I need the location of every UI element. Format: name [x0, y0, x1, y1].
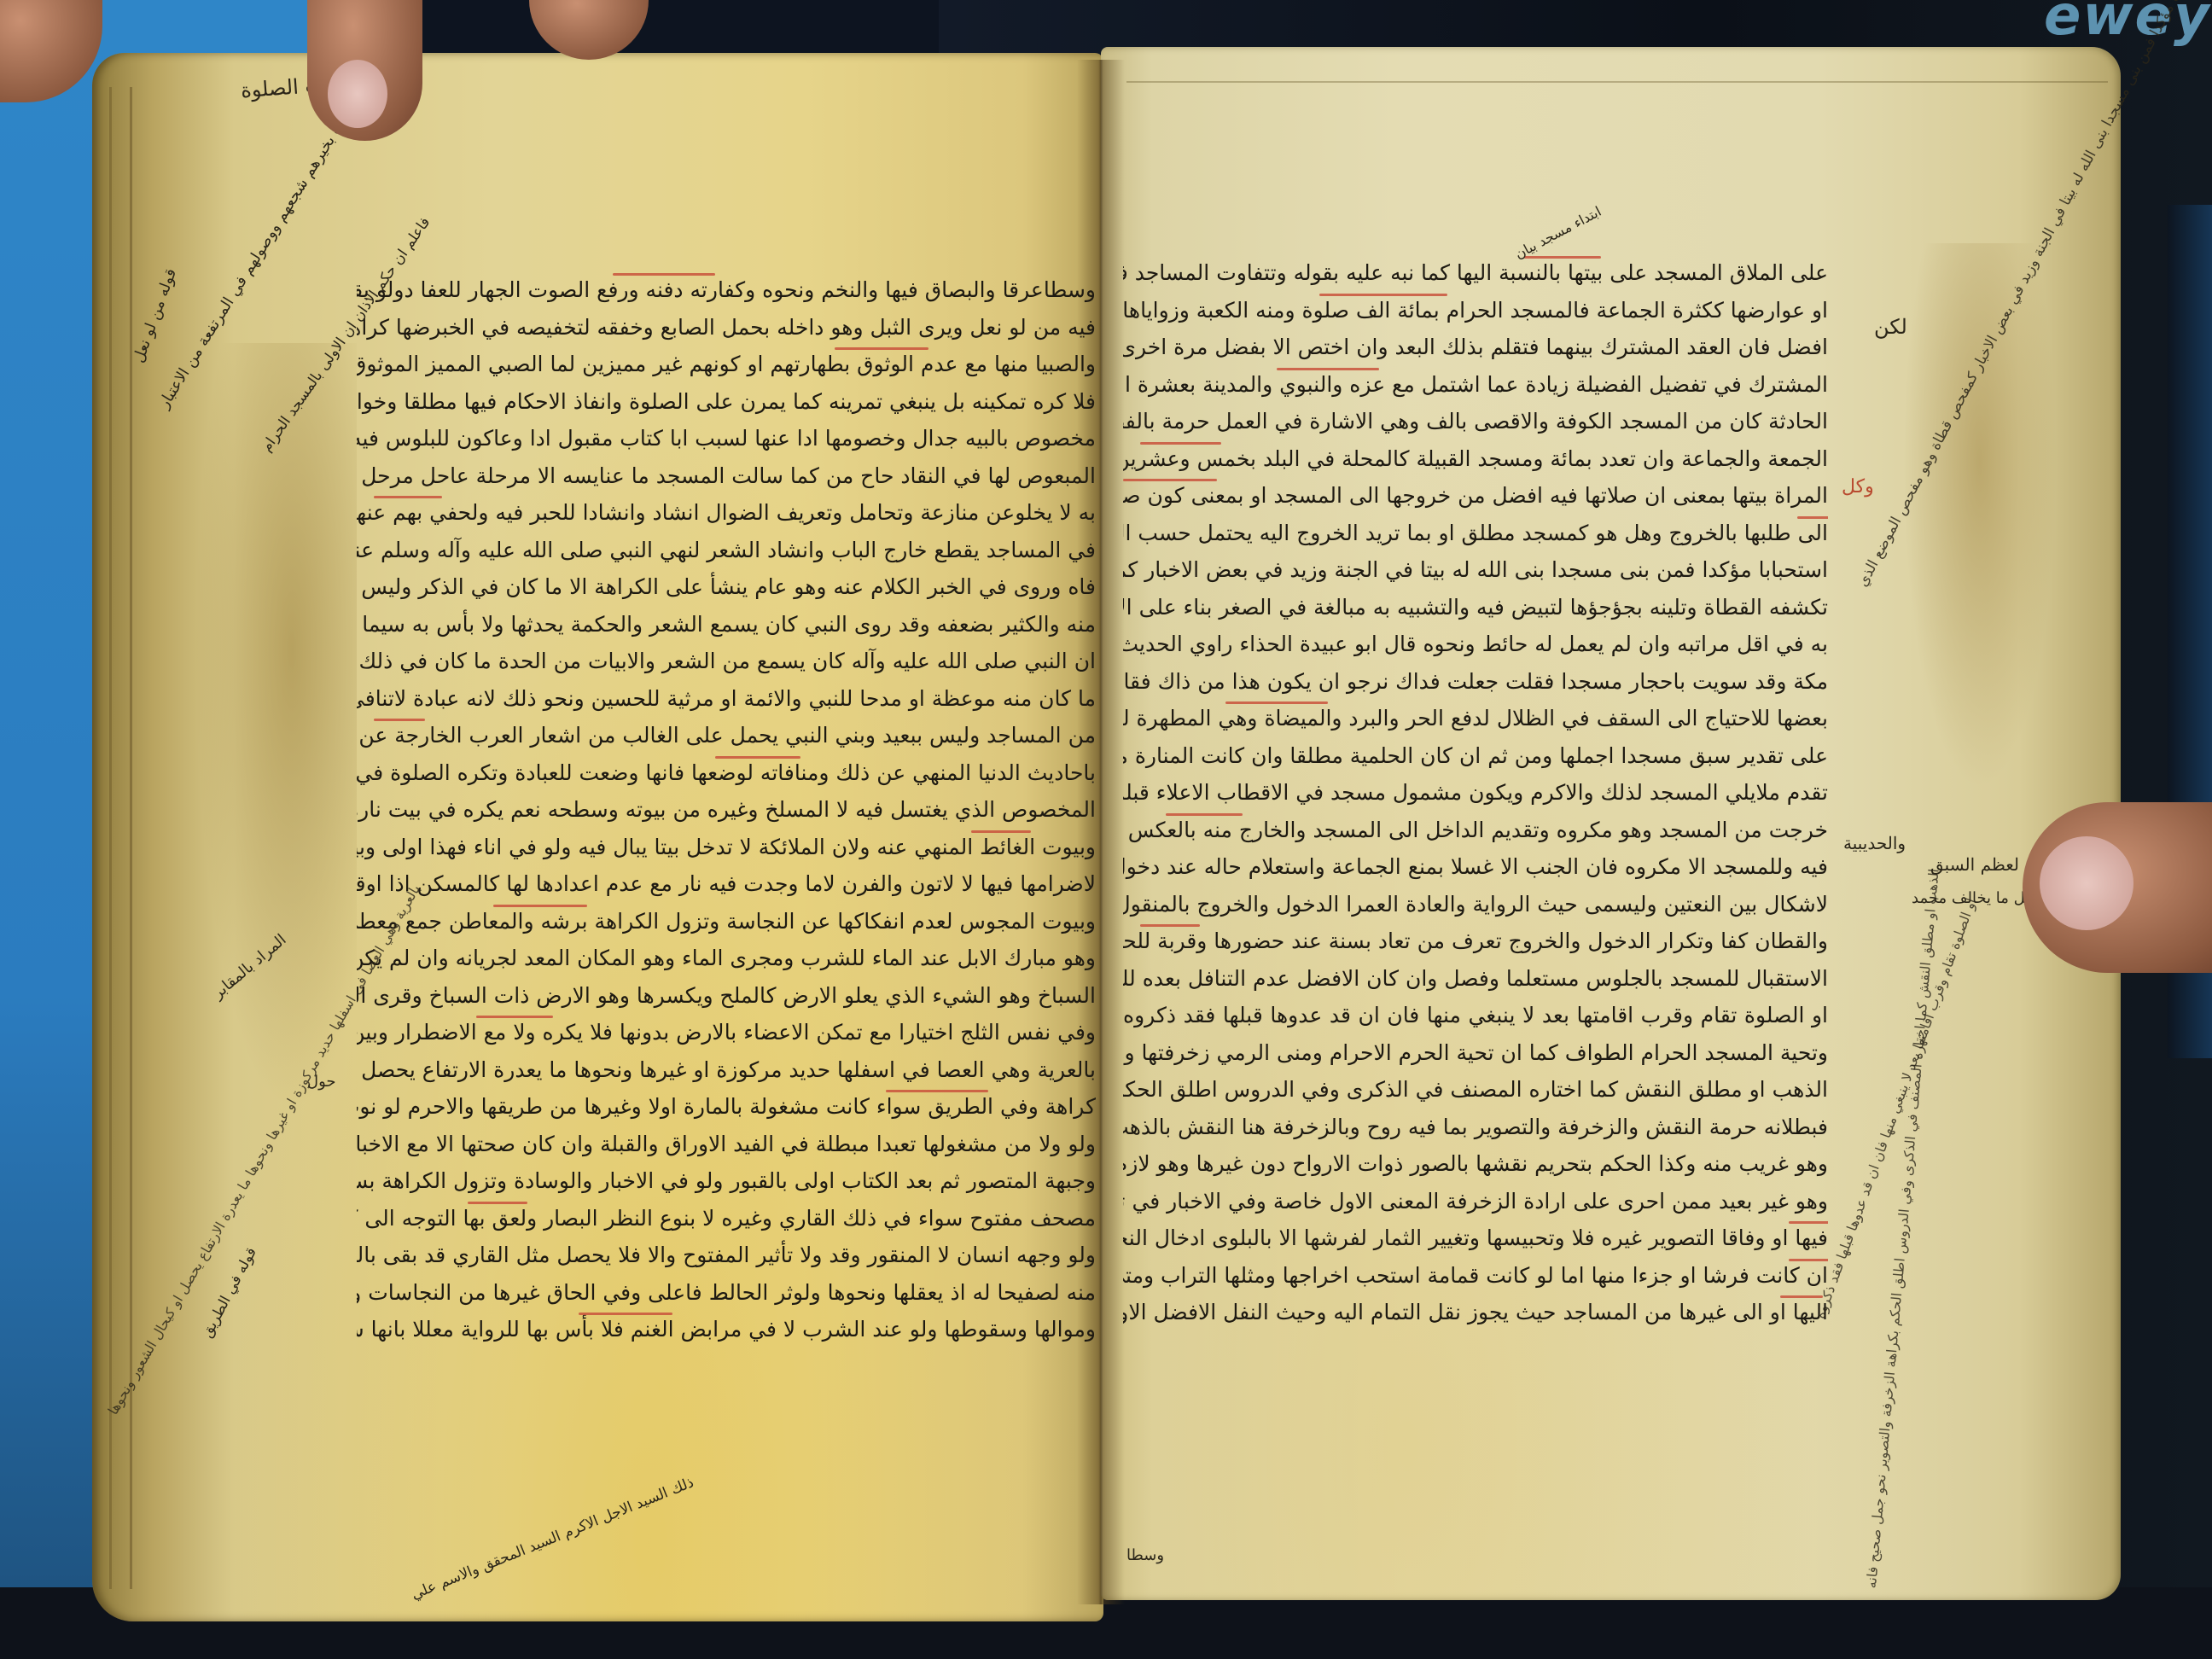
line-text: الى طلبها بالخروج وهل هو كمسجد مطلق او ب… — [1123, 521, 1828, 545]
manuscript-line: به في اقل مراتبه وان لم يعمل له حائط ونح… — [1123, 626, 1828, 663]
manuscript-line: وموالها وسقوطها ولو عند الشرب لا في مراب… — [357, 1311, 1096, 1348]
manuscript-line: وهو غريب منه وكذا الحكم بتحريم نقشها بال… — [1123, 1145, 1828, 1183]
manuscript-line: تقدم ملايلي المسجد لذلك والاكرم ويكون مش… — [1123, 774, 1828, 812]
line-text: وبيوت المجوس لعدم انفكاكها عن النجاسة وت… — [357, 909, 1096, 934]
manuscript-line: مخصوص بالبيه جدال وخصومها ادا عنها لسبب … — [357, 420, 1096, 457]
manuscript-line: على الملاق المسجد على بيتها بالنسبة اليه… — [1123, 254, 1828, 292]
manuscript-line: استحبابا مؤكدا فمن بنى مسجدا بنى الله له… — [1123, 551, 1828, 589]
line-text: وموالها وسقوطها ولو عند الشرب لا في مراب… — [357, 1317, 1096, 1342]
manuscript-line: الاستقبال للمسجد بالجلوس مستعلما وفصل وا… — [1123, 960, 1828, 998]
manuscript-line: بعضها للاحتياج الى السقف في الظلال لدفع … — [1123, 700, 1828, 737]
manuscript-line: لاشكال بين النعتين وليسمى حيث الرواية وا… — [1123, 886, 1828, 923]
finger-top — [529, 0, 649, 60]
manuscript-line: فبطلانه حرمة النقش والزخرفة والتصوير بما… — [1123, 1109, 1828, 1146]
red-rubric-overline — [493, 905, 587, 907]
page-edge-line — [1126, 81, 2108, 83]
red-rubric-overline — [579, 1313, 672, 1315]
manuscript-line: كراهة وفي الطريق سواء كانت مشغولة بالمار… — [357, 1088, 1096, 1126]
red-rubric-overline — [1225, 701, 1328, 704]
water-stain — [1903, 243, 2057, 789]
manuscript-line: الحادثة كان من المسجد الكوفة والاقصى بال… — [1123, 403, 1828, 440]
manuscript-line: والصبيا منها مع عدم الوثوق بطهارتهم او ك… — [357, 346, 1096, 383]
red-rubric-overline — [476, 1016, 553, 1018]
line-text: فيها او وفاقا التصوير غيره فلا وتحبيسها … — [1123, 1225, 1828, 1250]
finger-index — [307, 0, 422, 141]
manuscript-line: من المساجد وليس ببعيد وبني النبي يحمل عل… — [357, 717, 1096, 754]
fingernail — [2040, 836, 2133, 930]
red-rubric-overline — [374, 496, 442, 498]
manuscript-line: ان كانت فرشا او جزءا منها اما لو كانت قم… — [1123, 1257, 1828, 1295]
manuscript-line: الذهب او مطلق النقش كما اختاره المصنف في… — [1123, 1071, 1828, 1109]
manuscript-line: ولو وجهه انسان لا المنقور وقد ولا تأثير … — [357, 1237, 1096, 1274]
thumb-right — [2023, 802, 2212, 973]
line-text: ان كانت فرشا او جزءا منها اما لو كانت قم… — [1123, 1263, 1828, 1288]
manuscript-line: به لا يخلوعن منازعة وتحامل وتعريف الضوال… — [357, 494, 1096, 532]
manuscript-line: مكة وقد سويت باحجار مسجدا فقلت جعلت فداك… — [1123, 663, 1828, 701]
manuscript-line: ولو ولا من مشغولها تعبدا مبطلة في الفيد … — [357, 1126, 1096, 1163]
line-text: مصحف مفتوح سواء في ذلك القاري وغيره لا ب… — [357, 1206, 1096, 1231]
line-text: خرجت من المسجد وهو مكروه وتقديم الداخل ا… — [1123, 818, 1828, 842]
line-text: باحاديث الدنيا المنهي عن ذلك ومنافاته لو… — [357, 760, 1096, 785]
line-text: والقطان كفا وتكرار الدخول والخروج تعرف م… — [1123, 928, 1828, 953]
manuscript-line: فاه وروى في الخبر الكلام عنه وهو عام ينش… — [357, 568, 1096, 606]
red-rubric-overline — [1797, 516, 1828, 519]
manuscript-line: فيه وللمسجد الا مكروه فان الجنب الا غسلا… — [1123, 848, 1828, 886]
manuscript-line: وبيوت المجوس لعدم انفكاكها عن النجاسة وت… — [357, 903, 1096, 940]
manuscript-line: وسطاعرقا والبصاق فيها والنخم ونحوه وكفار… — [357, 271, 1096, 309]
manuscript-line: وهو غير بعيد ممن احرى على ارادة الزخرفة … — [1123, 1183, 1828, 1220]
fingernail — [328, 60, 387, 128]
red-rubric-overline — [886, 1090, 988, 1092]
manuscript-line: الى طلبها بالخروج وهل هو كمسجد مطلق او ب… — [1123, 515, 1828, 552]
manuscript-line: المراة بيتها بمعنى ان صلاتها فيه افضل من… — [1123, 477, 1828, 515]
manuscript-line: وبيوت الغائط المنهي عنه ولان الملائكة لا… — [357, 829, 1096, 866]
manuscript-line: وفي نفس الثلج اختيارا مع تمكن الاعضاء با… — [357, 1014, 1096, 1051]
page-edge-line — [109, 87, 112, 1589]
manuscript-line: خرجت من المسجد وهو مكروه وتقديم الداخل ا… — [1123, 812, 1828, 849]
margin-note: والحديبية — [1843, 832, 1906, 854]
red-rubric-overline — [835, 347, 928, 350]
manuscript-line: على تقدير سبق مسجدا اجملها ومن ثم ان كان… — [1123, 737, 1828, 775]
manuscript-line: والقطان كفا وتكرار الدخول والخروج تعرف م… — [1123, 923, 1828, 960]
red-rubric-overline — [1277, 368, 1379, 370]
red-rubric-overline — [1140, 924, 1200, 927]
manuscript-line: السباخ وهو الشيء الذي يعلو الارض كالملح … — [357, 977, 1096, 1015]
red-rubric-overline — [374, 719, 425, 721]
right-page-text: على الملاق المسجد على بيتها بالنسبة اليه… — [1123, 254, 1828, 1331]
manuscript-line: او الصلوة تقام وقرب اقامتها بعد لا ينبغي… — [1123, 997, 1828, 1034]
line-text: كراهة وفي الطريق سواء كانت مشغولة بالمار… — [357, 1094, 1096, 1119]
manuscript-line: وتحية المسجد الحرام الطواف كما ان تحية ا… — [1123, 1034, 1828, 1072]
manuscript-line: وجبهة المتصور ثم بعد الكتاب اولى بالقبور… — [357, 1162, 1096, 1200]
red-rubric-overline — [1789, 1259, 1828, 1261]
watermark-text: ewey — [2044, 0, 2211, 48]
line-text: او عوارضها ككثرة الجماعة فالمسجد الحرام … — [1123, 298, 1828, 323]
line-text: على الملاق المسجد على بيتها بالنسبة اليه… — [1123, 260, 1828, 285]
red-rubric-overline — [971, 830, 1031, 833]
margin-note-red: وكل — [1842, 476, 1874, 498]
manuscript-line: ان النبي صلى الله عليه وآله كان يسمع من … — [357, 643, 1096, 680]
line-text: المشترك في تفضيل الفضيلة زيادة عما اشتمل… — [1123, 372, 1828, 397]
red-rubric-overline — [1140, 442, 1221, 445]
manuscript-line: فيها او وفاقا التصوير غيره فلا وتحبيسها … — [1123, 1220, 1828, 1257]
manuscript-line: بالعرية وهي العصا في اسفلها حديد مركوزة … — [357, 1051, 1096, 1089]
red-rubric-overline — [715, 756, 800, 759]
line-text: والصبيا منها مع عدم الوثوق بطهارتهم او ك… — [357, 352, 1096, 376]
manuscript-line: تكشفه القطاة وتلينه بجؤجؤها لتبيض فيه وا… — [1123, 589, 1828, 626]
line-text: بعضها للاحتياج الى السقف في الظلال لدفع … — [1123, 706, 1828, 731]
manuscript-line: افضل فان العقد المشترك بينهما فتقلم بذلك… — [1123, 329, 1828, 366]
line-text: من المساجد وليس ببعيد وبني النبي يحمل عل… — [357, 723, 1096, 748]
manuscript-line: ما كان منه موعظة او مدحا للنبي والائمة ا… — [357, 680, 1096, 718]
red-rubric-overline — [1789, 1221, 1828, 1224]
left-page-text: وسطاعرقا والبصاق فيها والنخم ونحوه وكفار… — [357, 271, 1096, 1348]
manuscript-line: فلا كره تمكينه بل ينبغي تمرينه كما يمرن … — [357, 383, 1096, 421]
manuscript-line: منه والكثير بضعفه وقد روى النبي كان يسمع… — [357, 606, 1096, 643]
line-text: وبيوت الغائط المنهي عنه ولان الملائكة لا… — [357, 835, 1096, 859]
manuscript-line: او عوارضها ككثرة الجماعة فالمسجد الحرام … — [1123, 292, 1828, 329]
manuscript-line: في المساجد يقطع خارج الباب وانشاد الشعر … — [357, 532, 1096, 569]
line-text: الجمعة والجماعة وان تعدد بمائة ومسجد الق… — [1123, 446, 1828, 471]
line-text: به لا يخلوعن منازعة وتحامل وتعريف الضوال… — [357, 500, 1096, 525]
red-rubric-overline — [1319, 294, 1447, 296]
red-rubric-overline — [468, 1202, 527, 1204]
manuscript-line: المشترك في تفضيل الفضيلة زيادة عما اشتمل… — [1123, 366, 1828, 404]
manuscript-line: منه لصفيحا له اذ يعقلها ونحوها ولوثر الح… — [357, 1274, 1096, 1312]
manuscript-line: مصحف مفتوح سواء في ذلك القاري وغيره لا ب… — [357, 1200, 1096, 1237]
manuscript-line: اليها او الى غيرها من المساجد حيث يجوز ن… — [1123, 1294, 1828, 1331]
margin-note: لكن — [1874, 316, 1907, 338]
margin-note: وسطا — [1126, 1545, 1164, 1567]
manuscript-line: لاضرامها فيها لا لاتون والفرن لاما وجدت … — [357, 865, 1096, 903]
line-text: وفي نفس الثلج اختيارا مع تمكن الاعضاء با… — [357, 1020, 1096, 1045]
manuscript-line: وهو مبارك الابل عند الماء للشرب ومجرى ال… — [357, 940, 1096, 977]
red-rubric-overline — [613, 273, 715, 276]
red-rubric-overline — [1166, 813, 1243, 816]
manuscript-line: المخصوص الذي يغتسل فيه لا المسلخ وغيره م… — [357, 791, 1096, 829]
manuscript-line: الجمعة والجماعة وان تعدد بمائة ومسجد الق… — [1123, 440, 1828, 478]
manuscript-line: باحاديث الدنيا المنهي عن ذلك ومنافاته لو… — [357, 754, 1096, 792]
manuscript-line: المبعوص لها في النقاد حاح من كما سالت ال… — [357, 457, 1096, 495]
line-text: وسطاعرقا والبصاق فيها والنخم ونحوه وكفار… — [357, 277, 1096, 302]
line-text: المراة بيتها بمعنى ان صلاتها فيه افضل من… — [1123, 483, 1828, 508]
line-text: اليها او الى غيرها من المساجد حيث يجوز ن… — [1123, 1300, 1828, 1324]
manuscript-line: فيه من لو نعل ويرى الثبل وهو داخله بحمل … — [357, 309, 1096, 346]
red-rubric-overline — [1123, 479, 1217, 481]
